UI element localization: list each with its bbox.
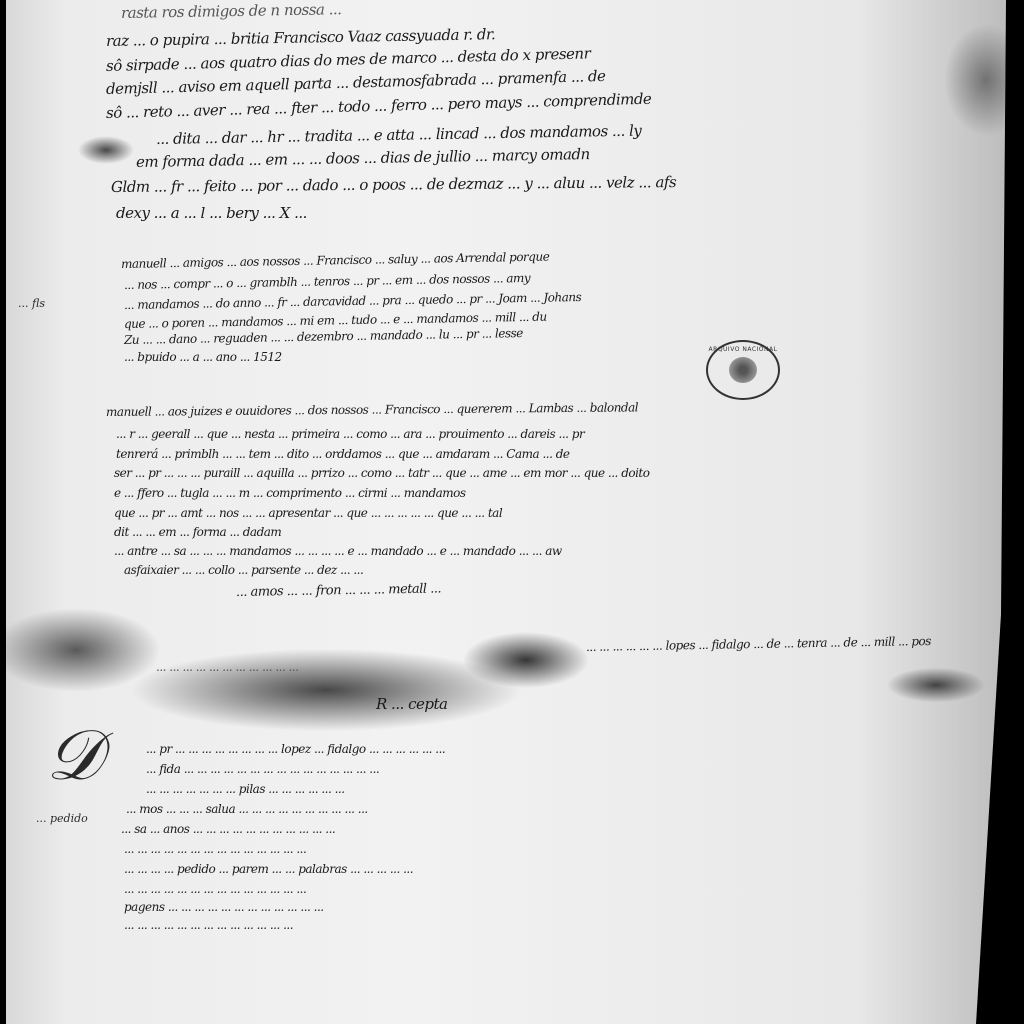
text-line: ser ... pr ... ... ... puraill ... aquil…	[114, 466, 649, 480]
text-line: asfaixaier ... ... collo ... parsente ..…	[124, 563, 363, 577]
text-line: R ... cepta	[376, 695, 448, 713]
decorated-initial: 𝒟	[46, 715, 141, 795]
text-line: Gldm ... fr ... feito ... por ... dado .…	[111, 173, 676, 196]
text-line: ... mos ... ... ... salua ... ... ... ..…	[126, 802, 368, 816]
text-line: ... ... ... ... ... ... lopes ... fidalg…	[586, 634, 931, 654]
text-line: que ... pr ... amt ... nos ... ... apres…	[114, 506, 502, 520]
text-line: ... dita ... dar ... hr ... tradita ... …	[156, 122, 642, 148]
text-line: ... bpuido ... a ... ano ... 1512	[124, 350, 282, 364]
text-line: ... mandamos ... do anno ... fr ... darc…	[124, 290, 581, 312]
text-line: em forma dada ... em ... ... doos ... di…	[136, 145, 590, 171]
text-line: ... sa ... anos ... ... ... ... ... ... …	[121, 822, 335, 836]
text-line: raz ... o pupira ... britia Francisco Va…	[106, 25, 496, 50]
text-line: manuell ... aos juizes e ouuidores ... d…	[106, 400, 638, 419]
margin-note: ... fls	[18, 297, 45, 310]
text-line: pagens ... ... ... ... ... ... ... ... .…	[124, 900, 324, 914]
archive-seal-icon: ARQUIVO NACIONAL	[706, 340, 780, 400]
manuscript-page: rasta ros dimigos de n nossa ... raz ...…	[6, 0, 1006, 1024]
text-line: tenrerá ... primblh ... ... tem ... dito…	[116, 447, 570, 461]
margin-note: ... pedido	[36, 812, 88, 825]
text-line: rasta ros dimigos de n nossa ...	[121, 0, 342, 22]
text-line: dit ... ... em ... forma ... dadam	[114, 525, 281, 539]
text-line: ... amos ... ... fron ... ... ... metall…	[236, 581, 441, 600]
text-line: ... ... ... ... ... ... ... ... ... ... …	[156, 660, 299, 674]
text-line: ... ... ... ... ... ... ... ... ... ... …	[124, 842, 306, 856]
text-line: ... ... ... ... pedido ... parem ... ...…	[124, 862, 413, 876]
text-line: ... nos ... compr ... o ... gramblh ... …	[124, 271, 530, 292]
text-line: ... r ... geerall ... que ... nesta ... …	[116, 427, 584, 441]
text-line: ... fida ... ... ... ... ... ... ... ...…	[146, 762, 379, 776]
text-line: e ... ffero ... tugla ... ... m ... comp…	[114, 486, 466, 500]
text-line: ... ... ... ... ... ... ... ... ... ... …	[124, 882, 306, 896]
text-line: ... ... ... ... ... ... ... pilas ... ..…	[146, 782, 345, 796]
text-line: ... ... ... ... ... ... ... ... ... ... …	[124, 918, 293, 932]
text-line: manuell ... amigos ... aos nossos ... Fr…	[121, 250, 549, 271]
text-line: ... pr ... ... ... ... ... ... ... ... l…	[146, 742, 445, 756]
text-line: ... antre ... sa ... ... ... mandamos ..…	[114, 544, 562, 558]
text-line: dexy ... a ... l ... bery ... X ...	[116, 204, 307, 222]
